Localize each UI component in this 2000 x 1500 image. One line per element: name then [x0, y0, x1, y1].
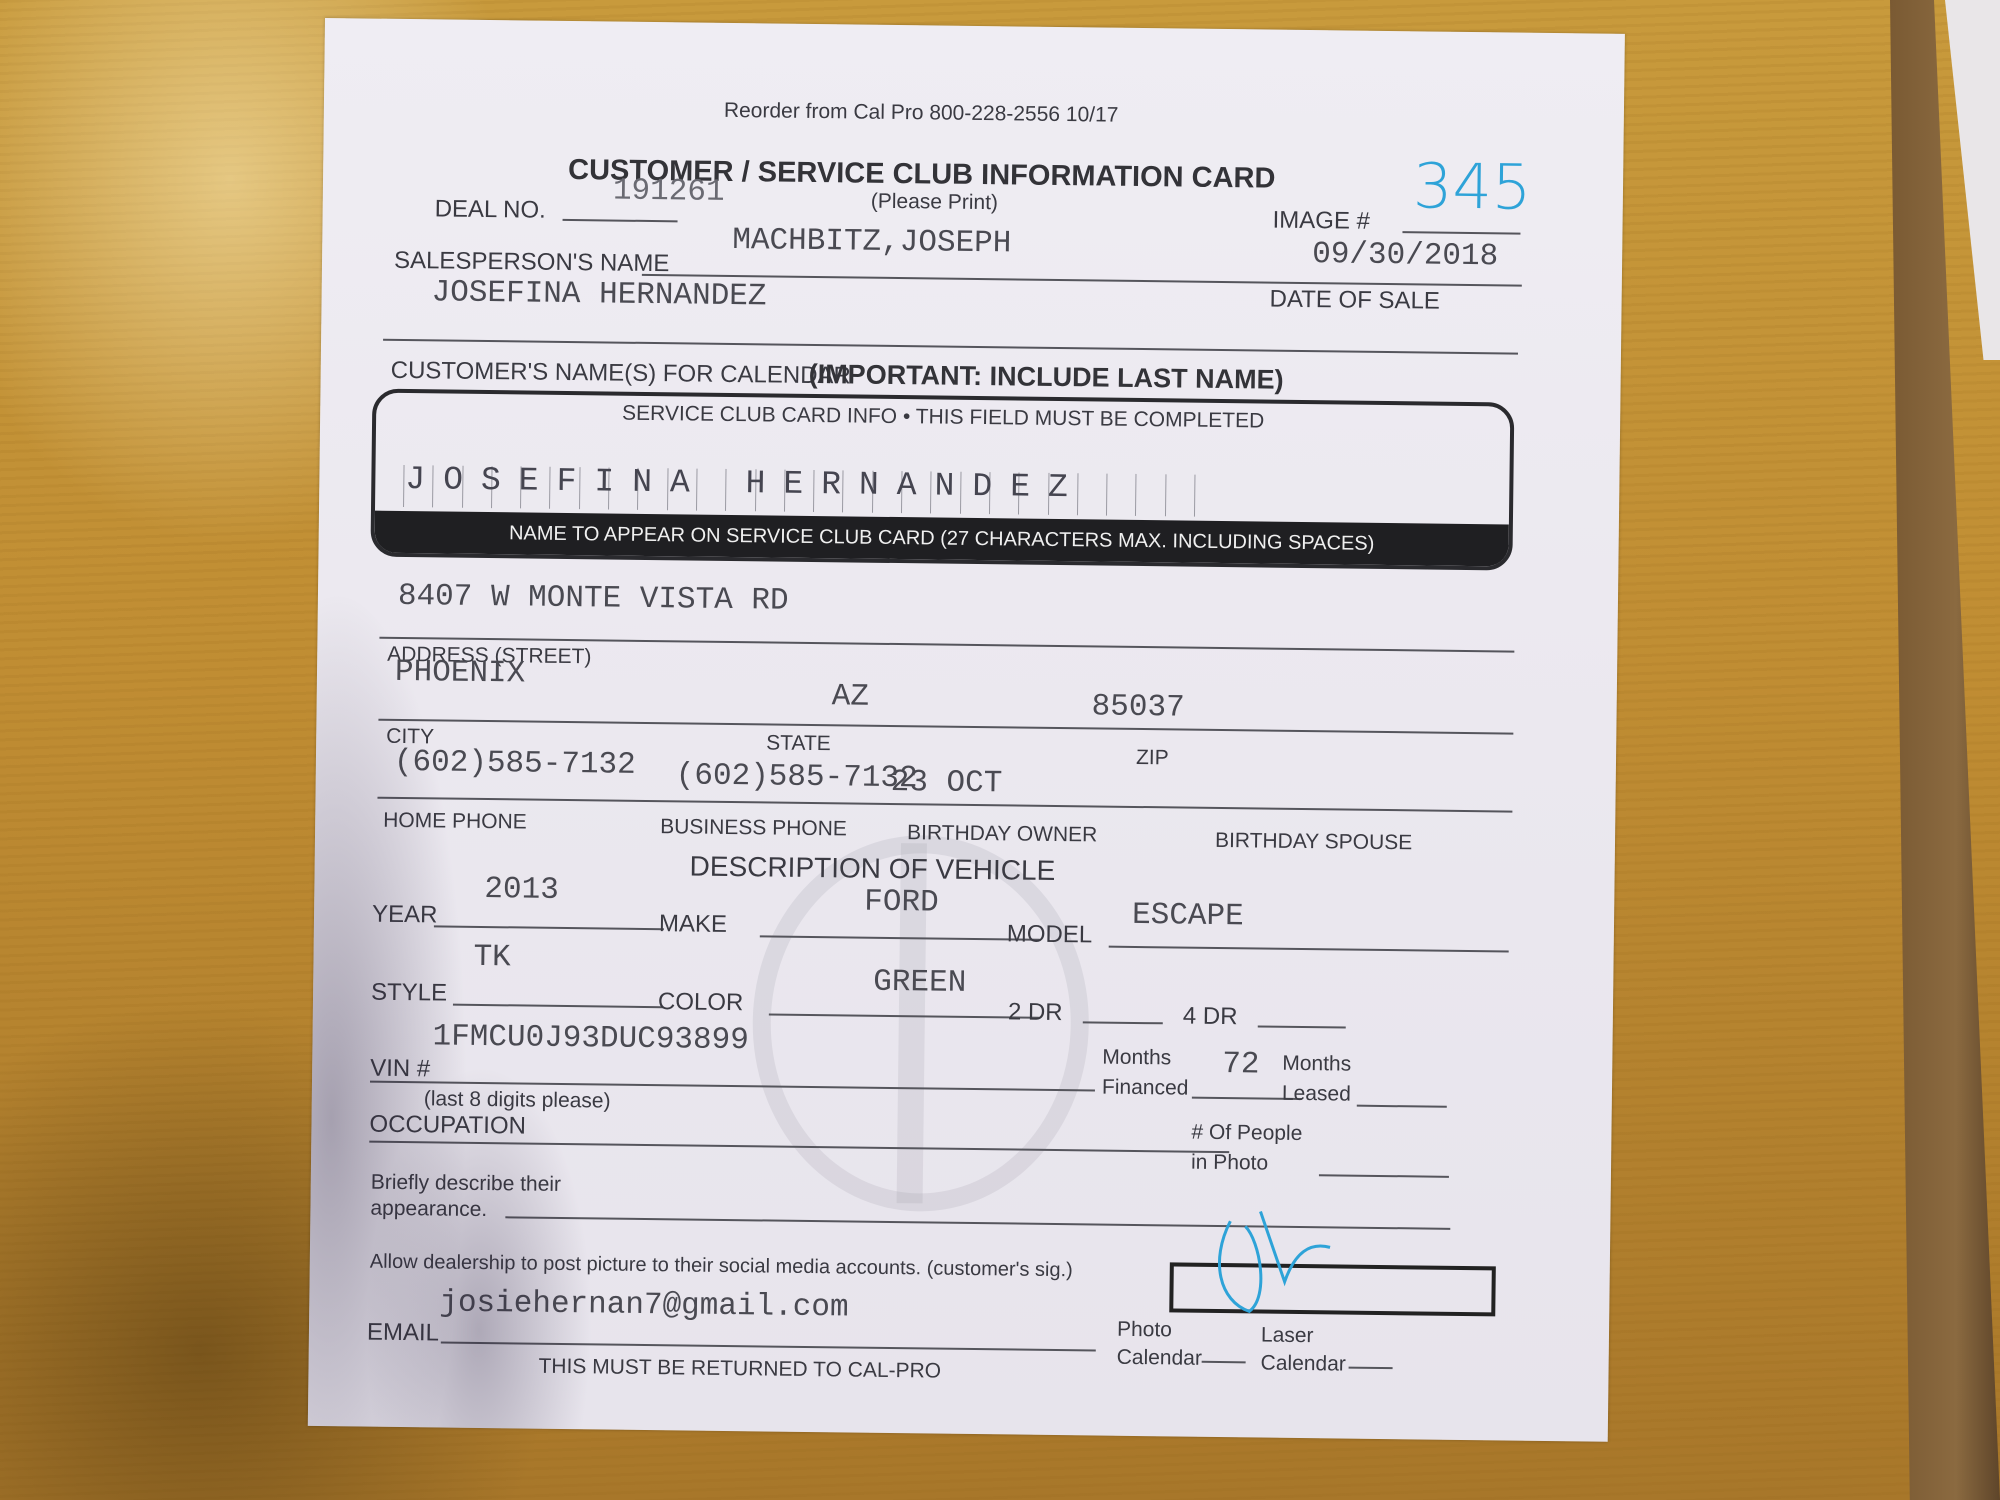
- service-club-band: NAME TO APPEAR ON SERVICE CLUB CARD (27 …: [374, 511, 1508, 567]
- business-phone-field[interactable]: (602)585-7132: [676, 758, 918, 796]
- make-field[interactable]: FORD: [864, 885, 939, 921]
- email-label: EMAIL: [367, 1319, 439, 1348]
- vin-label: VIN #: [370, 1055, 430, 1084]
- date-of-sale-label: DATE OF SALE: [1269, 286, 1440, 316]
- vin-field[interactable]: 1FMCU0J93DUC93899: [432, 1019, 749, 1058]
- reorder-line: Reorder from Cal Pro 800-228-2556 10/17: [724, 99, 1119, 128]
- state-field[interactable]: AZ: [832, 679, 870, 714]
- zip-label: ZIP: [1136, 746, 1169, 770]
- laser-calendar-label-2: Calendar: [1260, 1352, 1346, 1377]
- customer-name-field[interactable]: JOSEFINA HERNANDEZ: [431, 275, 766, 314]
- people-in-photo-label-2: in Photo: [1191, 1151, 1268, 1176]
- photo-calendar-label-1: Photo: [1117, 1318, 1172, 1343]
- year-label: YEAR: [372, 901, 438, 930]
- model-field[interactable]: ESCAPE: [1132, 898, 1244, 934]
- birthday-owner-label: BIRTHDAY OWNER: [907, 821, 1097, 847]
- make-label: MAKE: [659, 910, 727, 939]
- service-club-header: SERVICE CLUB CARD INFO • THIS FIELD MUST…: [376, 399, 1510, 437]
- deal-no-field[interactable]: 191261: [613, 174, 725, 210]
- service-club-box: SERVICE CLUB CARD INFO • THIS FIELD MUST…: [370, 389, 1514, 571]
- photo-calendar-label-2: Calendar: [1117, 1346, 1203, 1371]
- two-door-label: 2 DR: [1008, 998, 1063, 1027]
- zip-field[interactable]: 85037: [1091, 689, 1184, 725]
- color-field[interactable]: GREEN: [873, 965, 966, 1001]
- city-field[interactable]: PHOENIX: [395, 655, 526, 692]
- state-label: STATE: [766, 731, 831, 756]
- style-field[interactable]: TK: [473, 940, 511, 975]
- important-note: (IMPORTANT: INCLUDE LAST NAME): [808, 359, 1283, 396]
- signature-scribble-icon: [1189, 1201, 1370, 1323]
- salesperson-field[interactable]: MACHBITZ,JOSEPH: [732, 223, 1011, 261]
- style-label: STYLE: [371, 979, 447, 1008]
- appearance-label-1: Briefly describe their: [371, 1171, 562, 1197]
- model-label: MODEL: [1007, 920, 1093, 949]
- months-leased-label-2: Leased: [1282, 1082, 1351, 1107]
- months-financed-label-2: Financed: [1102, 1076, 1189, 1101]
- months-financed-field[interactable]: 72: [1222, 1047, 1260, 1082]
- image-no-label: IMAGE #: [1272, 207, 1370, 236]
- street-field[interactable]: 8407 W MONTE VISTA RD: [398, 579, 789, 619]
- birthday-spouse-label: BIRTHDAY SPOUSE: [1215, 829, 1413, 855]
- laser-calendar-label-1: Laser: [1261, 1324, 1314, 1349]
- service-club-information-card: Reorder from Cal Pro 800-228-2556 10/17 …: [308, 18, 1625, 1442]
- months-leased-label-1: Months: [1282, 1052, 1351, 1077]
- vehicle-section-title: DESCRIPTION OF VEHICLE: [689, 851, 1055, 887]
- salesperson-label: SALESPERSON'S NAME: [394, 247, 670, 278]
- date-of-sale-field[interactable]: 09/30/2018: [1312, 237, 1498, 274]
- social-media-consent: Allow dealership to post picture to thei…: [370, 1251, 1073, 1283]
- home-phone-field[interactable]: (602)585-7132: [394, 745, 636, 783]
- people-in-photo-label-1: # Of People: [1191, 1121, 1302, 1146]
- adjacent-paper: [1945, 0, 2000, 360]
- image-no-field[interactable]: 345: [1413, 149, 1532, 223]
- form-subtitle: (Please Print): [871, 190, 999, 216]
- return-notice: THIS MUST BE RETURNED TO CAL-PRO: [538, 1355, 941, 1384]
- home-phone-label: HOME PHONE: [383, 809, 527, 835]
- email-field[interactable]: josiehernan7@gmail.com: [439, 1285, 849, 1325]
- year-field[interactable]: 2013: [484, 872, 559, 908]
- appearance-label-2: appearance.: [370, 1197, 487, 1222]
- color-label: COLOR: [658, 988, 744, 1017]
- occupation-label: OCCUPATION: [369, 1111, 526, 1141]
- business-phone-label: BUSINESS PHONE: [660, 815, 847, 841]
- birthday-owner-field[interactable]: 23 OCT: [890, 765, 1002, 801]
- vin-note: (last 8 digits please): [424, 1087, 611, 1113]
- months-financed-label-1: Months: [1102, 1046, 1171, 1071]
- four-door-label: 4 DR: [1183, 1003, 1238, 1032]
- calendar-name-label: CUSTOMER'S NAME(S) FOR CALENDAR: [391, 357, 851, 391]
- deal-no-label: DEAL NO.: [434, 195, 545, 224]
